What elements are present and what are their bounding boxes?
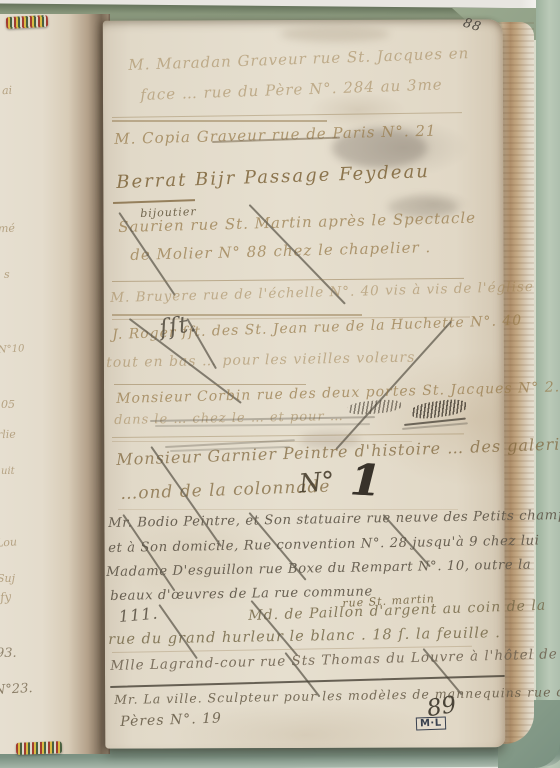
facing-page-fragment: ai (2, 84, 13, 98)
facing-page-fragment: mé (0, 222, 15, 236)
separator-rule (114, 384, 306, 385)
faded-erasure (280, 26, 390, 42)
facing-page-fragment: 05 (1, 398, 15, 411)
facing-page-fragment: uit (1, 466, 15, 477)
facing-page (0, 14, 110, 754)
facing-page-fragment: Suj (0, 572, 15, 585)
entry-10-prefix: 111. (118, 604, 159, 626)
separator-rule (112, 120, 327, 122)
collection-stamp: M·L (416, 716, 446, 730)
facing-page-fragment: fy (0, 589, 12, 604)
big-number-value: 1 (349, 455, 381, 506)
big-number-label: N° (298, 466, 336, 499)
facing-page-fragment: N°23. (0, 681, 33, 698)
facing-page-fragment: Lou (0, 535, 17, 549)
spine-endband-top (6, 15, 49, 29)
spine-endband-bottom (16, 741, 62, 755)
facing-page-fragment: s (4, 268, 10, 281)
book-photo: ai mé s N°10 05 rlie uit Lou Suj fy 93. … (0, 0, 560, 768)
facing-page-fragment: 93. (0, 646, 17, 661)
separator-rule (112, 314, 362, 316)
facing-page-fragment: N°10 (0, 343, 25, 355)
facing-page-fragment: rlie (0, 428, 16, 442)
